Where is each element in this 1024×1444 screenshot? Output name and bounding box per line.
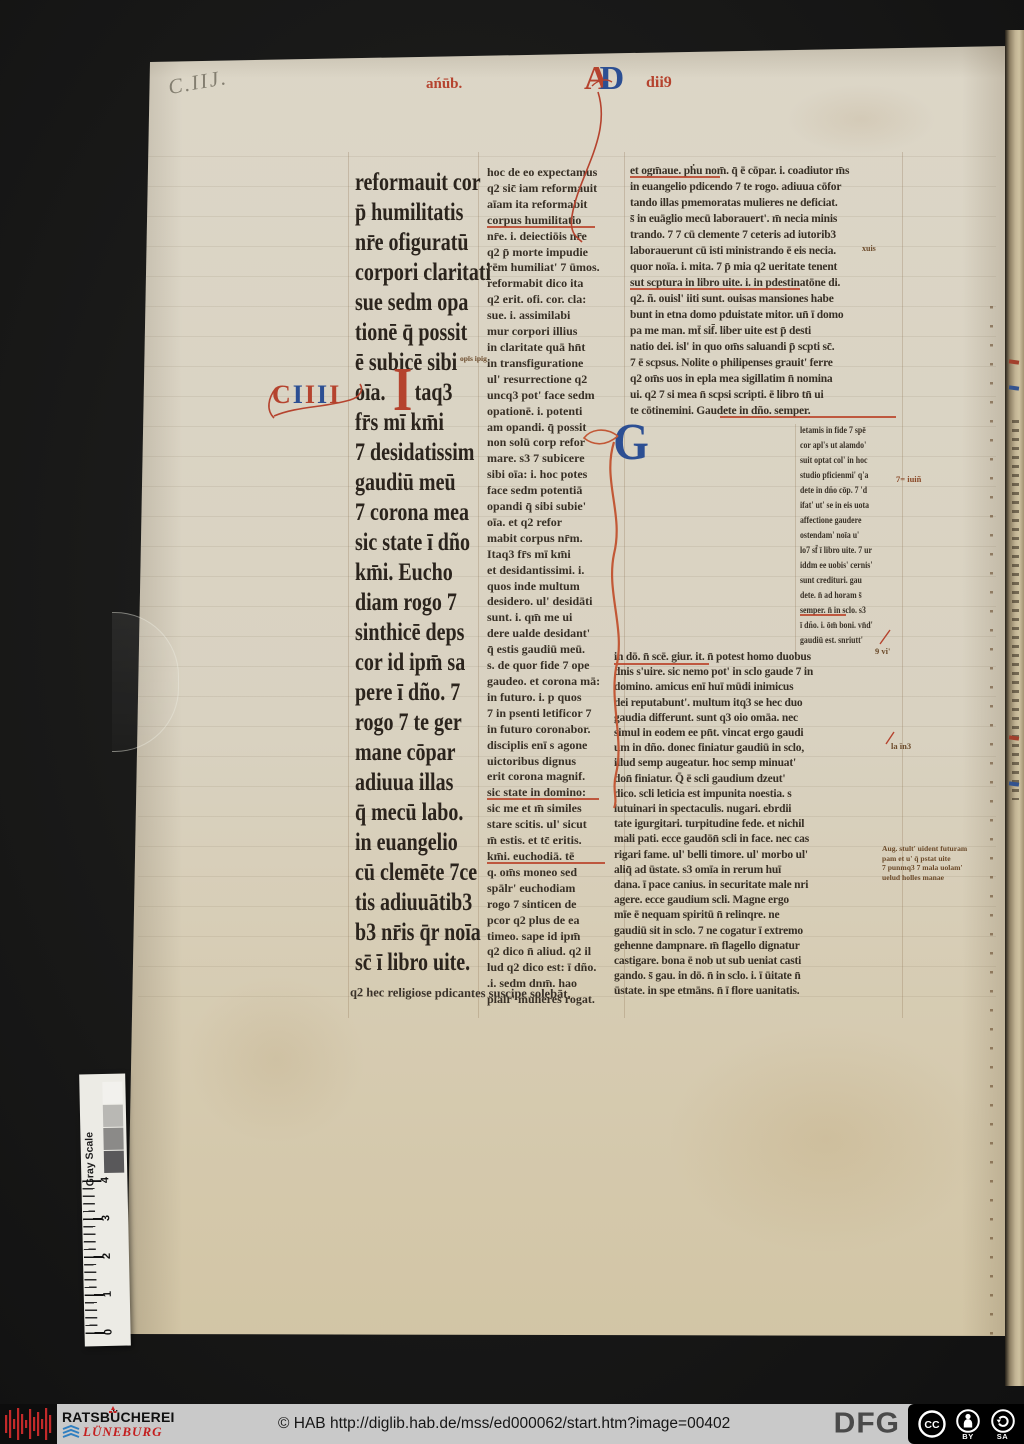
text-line: disciplis enī s agone — [487, 738, 632, 754]
text-line: gaudiū est. snriutt' — [800, 633, 877, 648]
barcode-icon — [4, 1407, 54, 1441]
margin-note: 7= iuiñ — [896, 474, 921, 484]
text-line: in futuro coronabor. — [487, 722, 632, 738]
text-line: q2 om̄s uos in epla mea sigillatim n̄ no… — [630, 371, 902, 387]
text-line: in transfiguratione — [487, 356, 632, 372]
text-line: aīam ita reformabit — [487, 197, 632, 213]
parchment-stain — [786, 84, 936, 154]
rubric-underline — [800, 614, 846, 616]
text-line: pam et u' q̄ pstat uite — [882, 854, 992, 864]
text-line: in euangelio — [355, 828, 491, 858]
text-line: sibi oīa: i. hoc potes — [487, 467, 632, 483]
text-line: lud q2 dico est: ī dño. — [487, 960, 632, 976]
text-line: nr̄e. i. deiectiōis nr̄e — [487, 229, 632, 245]
text-line: tando illas pmemoratas mulieres ne defic… — [630, 195, 902, 211]
text-line: q̄ mecū labo. — [355, 798, 491, 828]
text-line: cor apl's ut alamdo' — [800, 438, 877, 453]
manuscript-page: C.IIJ. ańūb. AD dii9 CIIII reformauit co… — [126, 44, 1010, 1344]
text-line: s̄ in euāglio mecū laborauert'. m̄ necia… — [630, 211, 902, 227]
text-line: gaudeo. et corona mā: — [487, 674, 632, 690]
text-line: don̄ finiatur. Q̄ ē scli gaudium dzeut' — [614, 772, 902, 787]
text-line: ul' resurrectione q2 — [487, 372, 632, 388]
text-line: opandi q̄ sibi subie' — [487, 499, 632, 515]
chapter-letter: I — [329, 380, 339, 410]
text-line: in euangelio pdicendo 7 te rogo. adiuua … — [630, 179, 902, 195]
text-line: Aug. stult' uident futuram — [882, 844, 992, 854]
fore-edge-rubric — [1009, 359, 1019, 364]
gray-scale-ruler: Gray Scale 43210 — [79, 1074, 131, 1347]
text-line: aliq̄ ad ūstate. s3 omīa in rerum huī — [614, 863, 902, 878]
text-line: ostendam' noīa u' — [800, 528, 877, 543]
text-line: ē subicē sibi — [355, 348, 491, 378]
text-line: sinthicē deps — [355, 618, 491, 648]
text-line: suit optat col' in hoc — [800, 453, 877, 468]
text-line: 7 punmq3 7 mala uolam' — [882, 863, 992, 873]
text-line: in claritate quā hn̄t — [487, 340, 632, 356]
text-line: diam rogo 7 — [355, 588, 491, 618]
rubric-underline — [614, 663, 709, 665]
gray-patch — [103, 1105, 123, 1127]
text-line: dana. ī pace canius. in securitate male … — [614, 878, 902, 893]
fore-edge-rubric — [1009, 385, 1019, 390]
chapter-letter: I — [317, 380, 327, 410]
text-line: km̄i. Eucho — [355, 558, 491, 588]
text-line: fr̄s mī km̄i — [355, 408, 491, 438]
text-line: quos inde multum — [487, 579, 632, 595]
text-line: cor id ipm̄ sa — [355, 648, 491, 678]
text-line: um in dño. donec finiatur gaudiū in sclo… — [614, 741, 902, 756]
commentary-block-bottom-right: in dō. n̄ scē. giur. it. n̄ potest homo … — [614, 650, 902, 1000]
lemma-lines-bottom: fr̄s mī km̄i7 desidatissimgaudiū meū7 co… — [355, 408, 491, 978]
ruler-number: 2 — [101, 1250, 113, 1262]
text-line: erit corona magnif. — [487, 769, 632, 785]
rubric-underline — [487, 862, 605, 864]
text-line: am opandi. q̄ possit — [487, 420, 632, 436]
text-line: q2 erit. ofi. cor. cla: — [487, 292, 632, 308]
text-line: sunt credituri. gau — [800, 573, 877, 588]
lemma-initial-rest: taq3 — [415, 379, 453, 406]
lueneburg-wordmark: LÜNEBURG — [83, 1425, 163, 1438]
text-line: dete. n̄ ad horam s̄ — [800, 588, 877, 603]
text-line: illud semp augeatur. hoc semp minuat' — [614, 756, 902, 771]
text-line: dico. scli leticia est impunita noestia.… — [614, 787, 902, 802]
text-line: sic me et m̄ similes — [487, 801, 632, 817]
commentary-column-middle: hoc de eo expectamusq2 sic̄ iam reformau… — [487, 165, 632, 1008]
text-line: simul in eodem ee pn̄t. vincat ergo gaud… — [614, 726, 902, 741]
text-line: pialr' mulieres rogat. — [487, 992, 632, 1008]
page-shading-top — [126, 44, 1010, 78]
cc-sa-label: SA — [997, 1432, 1008, 1441]
text-line: 7 corona mea — [355, 498, 491, 528]
text-line: gehenne dampnare. m̄ flagello dignatur — [614, 939, 902, 954]
text-line: stare scitis. ul' sicut — [487, 817, 632, 833]
ruler-number: 1 — [102, 1288, 114, 1300]
lemma-initial-line: oīa. Itaq3 — [355, 378, 491, 408]
umlaut-red-dots — [109, 1411, 112, 1414]
text-line: trando. 7 7 cū clemente 7 ceteris ad iut… — [630, 227, 902, 243]
commentary-block-top-right: et ogm̄aue. pḣu nom̄. q̄ ē cōpar. i. coa… — [630, 163, 902, 419]
margin-note: la īn3 — [891, 741, 911, 751]
margin-note-interlinear: opīs ipig — [460, 354, 487, 363]
rubric-underline — [487, 798, 599, 800]
lemma-initial-pre: oīa. — [355, 379, 391, 406]
text-line: sic state ī dño — [355, 528, 491, 558]
text-line: domino. amicus enī huī mūdi inimicus — [614, 680, 902, 695]
gray-scale-label: Gray Scale — [83, 1132, 96, 1187]
text-line: q2 p̄ morte impudie — [487, 245, 632, 261]
text-line: mare. s3 7 subicere — [487, 451, 632, 467]
text-line: b3 nr̄is q̄r noīa — [355, 918, 491, 948]
text-line: desidero. ul' desidāti — [487, 594, 632, 610]
margin-note: 9 vi' — [875, 646, 890, 656]
fore-edge-text-specks — [1012, 420, 1019, 800]
running-header-monogram: AD — [584, 60, 624, 98]
text-line: 7 ē scpsus. Nolite o philipenses grauit'… — [630, 355, 902, 371]
viewer-footer: RATSBÜCHEREI LÜNEBURG © HAB http://digli… — [0, 1404, 1024, 1444]
chapter-marker: CIIII — [272, 380, 339, 410]
ruler-number: 4 — [99, 1174, 111, 1186]
text-line: studio pficienmi' q'a — [800, 468, 877, 483]
text-line: q2 dico n̄ aliud. q2 il — [487, 944, 632, 960]
gray-patch — [103, 1128, 123, 1150]
text-line: dete in dño cōp. 7 'd — [800, 483, 877, 498]
text-line: m̄ estis. et tc̄ eritis. — [487, 833, 632, 849]
text-line: agere. ecce gaudium scli. Magne ergo — [614, 893, 902, 908]
text-line: p̄ humilitatis — [355, 198, 491, 228]
text-line: uelud holles manae — [882, 873, 992, 883]
running-header-left: ańūb. — [426, 76, 462, 93]
text-line: q2. ñ. ouisl' iiti sunt. ouisas mansione… — [630, 291, 902, 307]
library-name: RATSBÜCHEREI — [62, 1410, 175, 1424]
text-line: dere ualde desidant' — [487, 626, 632, 642]
text-line: tate igurgitari. turpitudine fede. et ni… — [614, 817, 902, 832]
text-line: .i. sedm dnm̄. hao — [487, 976, 632, 992]
lemma-lines-top: reformauit corp̄ humilitatisnr̄e ofigura… — [355, 168, 491, 378]
text-line: 7 in psenti letificor 7 — [487, 706, 632, 722]
parchment-stain — [666, 1024, 986, 1254]
text-line: ui. q2 7 si mea n̄ scpsi scripti. ē libr… — [630, 387, 902, 403]
red-flame-accent — [111, 1406, 115, 1410]
text-line: spālr' euchodiam — [487, 881, 632, 897]
text-line: oīa. et q2 refor — [487, 515, 632, 531]
text-line: opationē. i. potenti — [487, 404, 632, 420]
text-line: pcor q2 plus de ea — [487, 913, 632, 929]
text-line: uictoribus dignus — [487, 754, 632, 770]
text-line: rigari fame. ul' belli timore. ul' morbo… — [614, 848, 902, 863]
text-line: semper. n̄ in sclo. s3 — [800, 603, 877, 618]
dfg-logo: DFG — [834, 1408, 900, 1440]
ruling-line-vertical — [795, 424, 796, 652]
rubric-underline — [630, 176, 720, 178]
text-line: gaudiū meū — [355, 468, 491, 498]
margin-note: xuis — [862, 244, 876, 253]
fore-edge-rubric — [1009, 781, 1019, 786]
text-line: corpori claritati — [355, 258, 491, 288]
facing-page-edge — [1005, 30, 1024, 1386]
ratsbuecherei-logo: RATSBÜCHEREI LÜNEBURG — [62, 1410, 175, 1439]
text-line: mur corpori illius — [487, 324, 632, 340]
text-line: pa me man. mt̄ sif̄. liber uite est p̄ d… — [630, 323, 902, 339]
cc-icon: CC — [917, 1409, 947, 1439]
text-line: hoc de eo expectamus — [487, 165, 632, 181]
text-line: lutuinari in spectaculis. nugari. ebrdii — [614, 802, 902, 817]
rubric-underline — [630, 288, 800, 290]
margin-note-augustine: Aug. stult' uident futurampam et u' q̄ p… — [882, 844, 992, 882]
text-line: iddm ee uobis' cernis' — [800, 558, 877, 573]
barcode-logo — [0, 1404, 57, 1444]
text-line: mane cōpar — [355, 738, 491, 768]
text-line: q. om̄s moneo sed — [487, 865, 632, 881]
text-line: reformabit dico ita — [487, 276, 632, 292]
chapter-letter: I — [293, 380, 303, 410]
text-line: pere ī dño. 7 — [355, 678, 491, 708]
prick-marks — [990, 306, 993, 1336]
gray-patch — [104, 1151, 124, 1173]
text-line: rēm humiliat' 7 ūmos. — [487, 260, 632, 276]
text-line: mabit corpus nr̄m. — [487, 531, 632, 547]
text-line: 7 desidatissim — [355, 438, 491, 468]
text-line: q̄ estis gaudiū meū. — [487, 642, 632, 658]
copyright-url: © HAB http://diglib.hab.de/mss/ed000062/… — [175, 1415, 834, 1433]
text-line: in futuro. i. p quos — [487, 690, 632, 706]
text-line: gaudia differunt. sunt q3 oio omāa. nec — [614, 711, 902, 726]
chapter-letter: C — [272, 380, 291, 410]
text-line: letamis in fide 7 spē — [800, 423, 877, 438]
text-line: mīe ē nequam spiritū n̄ relinqre. ne — [614, 908, 902, 923]
text-line: quor noīa. i. mita. 7 p̄ mia q2 ueritate… — [630, 259, 902, 275]
cc-sa-icon: SA — [990, 1408, 1016, 1441]
text-line: sc̄ ī libro uite. — [355, 948, 491, 978]
ruler-number: 0 — [102, 1326, 114, 1338]
svg-text:CC: CC — [924, 1419, 940, 1431]
monogram-letter-d: D — [600, 60, 625, 97]
text-line: sunt. i. qm̄ me ui — [487, 610, 632, 626]
ruler-number: 3 — [100, 1212, 112, 1224]
text-line: s. de quor fide 7 ope — [487, 658, 632, 674]
photo-area: C.IIJ. ańūb. AD dii9 CIIII reformauit co… — [0, 0, 1024, 1404]
text-line: ūstate. in spe etmāns. n̄ ī flore uanita… — [614, 984, 902, 999]
text-line: face sedm potentiā — [487, 483, 632, 499]
text-line: timeo. sape id ipm̄ — [487, 929, 632, 945]
text-line: dei reputabunt'. multum itq3 se hec duo — [614, 696, 902, 711]
text-line: ī dño. i. ōm̄ boni. vn̄d' — [800, 618, 877, 633]
text-line: cū clemēte 7ce — [355, 858, 491, 888]
text-line: uncq3 pot' face sedm — [487, 388, 632, 404]
ruler-numbers: 43210 — [79, 1074, 125, 1075]
text-line: sue sedm opa — [355, 288, 491, 318]
cc-by-icon: BY — [955, 1408, 981, 1441]
text-line: tis adiuuātib3 — [355, 888, 491, 918]
text-line: castigare. bona ē nob ut sub ueniat cast… — [614, 954, 902, 969]
rubric-underline — [487, 226, 595, 228]
text-line: dnis s'uire. sic nemo pot' in sclo gaude… — [614, 665, 902, 680]
text-line: natio dei. isl' in quo om̄s saluandi p̄ … — [630, 339, 902, 355]
ruling-line-vertical — [348, 152, 349, 1018]
text-line: sue. i. assimilabi — [487, 308, 632, 324]
fore-edge-rubric — [1009, 735, 1019, 740]
text-line: affectione gaudere — [800, 513, 877, 528]
text-line: bunt in etna domo pduistate mitor. un̄ ī… — [630, 307, 902, 323]
text-line: et desidantissimi. i. — [487, 563, 632, 579]
book-icon — [62, 1425, 80, 1439]
text-line: reformauit cor — [355, 168, 491, 198]
running-header-right: dii9 — [646, 74, 672, 92]
cc-by-label: BY — [962, 1432, 973, 1441]
text-line: gaudiū sit in sclo. 7 ne cogatur ī extre… — [614, 924, 902, 939]
text-line: rogo 7 te ger — [355, 708, 491, 738]
text-line: mali pati. ecce gaudōn̄ scli in face. ne… — [614, 832, 902, 847]
text-line: ifat' ut' se in eis uota — [800, 498, 877, 513]
text-line: rogo 7 sinticen de — [487, 897, 632, 913]
text-line: nr̄e ofiguratū — [355, 228, 491, 258]
cc-license-badge: CC BY SA — [908, 1404, 1024, 1444]
text-line: non solū corp refor — [487, 435, 632, 451]
gray-patch — [102, 1082, 122, 1104]
ruling-line-vertical — [902, 152, 903, 1018]
text-line: Itaq3 fr̄s mī km̄i — [487, 547, 632, 563]
lemma-column-left: reformauit corp̄ humilitatisnr̄e ofigura… — [355, 168, 491, 978]
initial-G-blue: G — [613, 417, 649, 469]
text-line: lo7 sf̄ ī libro uite. 7 ur — [800, 543, 877, 558]
text-line: q2 sic̄ iam reformauit — [487, 181, 632, 197]
text-line: tionē q̄ possit — [355, 318, 491, 348]
text-line: adiuua illas — [355, 768, 491, 798]
text-line: gando. s̄ gau. in dō. n̄ in sclo. i. ī ū… — [614, 969, 902, 984]
chapter-letter: I — [305, 380, 315, 410]
rubric-underline — [720, 416, 896, 418]
gray-scale-patches — [102, 1082, 124, 1173]
